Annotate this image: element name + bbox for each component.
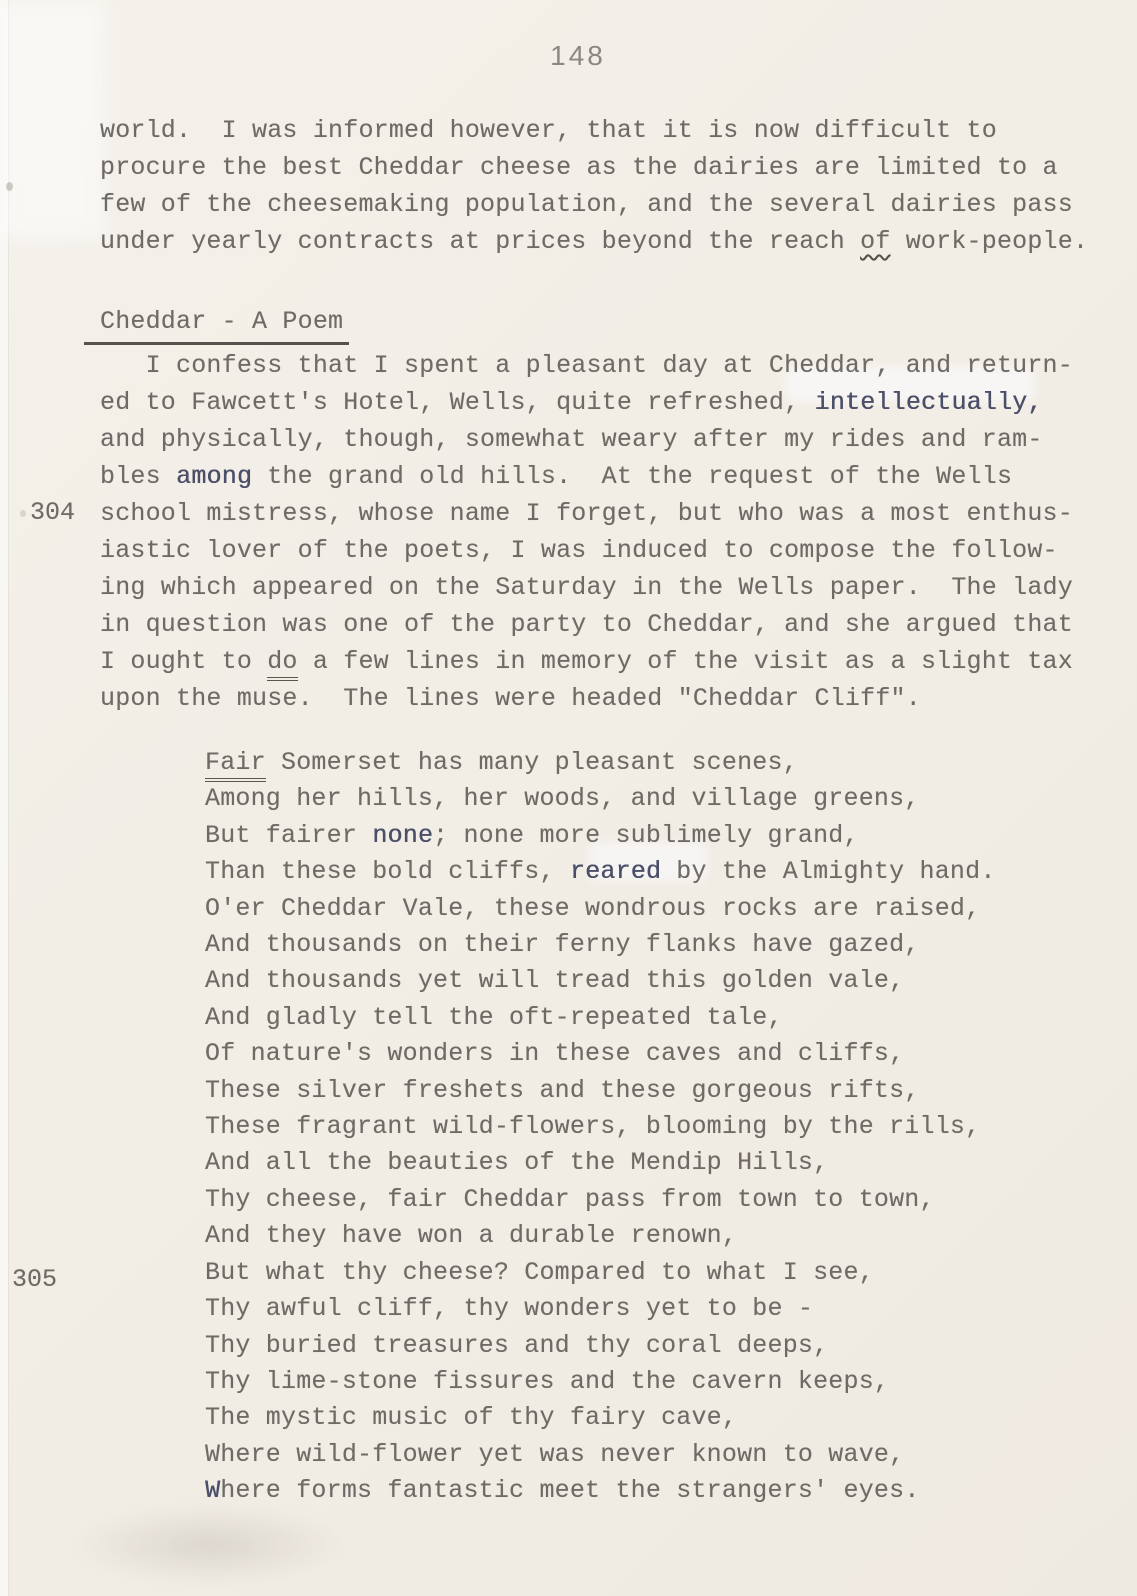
text-line: few of the cheesemaking population, and … [100, 186, 1088, 223]
text-segment: a few lines in memory of the visit as a … [298, 647, 1073, 676]
intro-paragraph: world. I was informed however, that it i… [100, 112, 1088, 260]
text-segment: bles [100, 462, 176, 491]
text-line: in question was one of the party to Ched… [100, 606, 1073, 643]
text-segment: few of the cheesemaking population, and … [100, 190, 1073, 219]
body-paragraph: I confess that I spent a pleasant day at… [100, 347, 1073, 717]
emphasized-text: do [267, 647, 297, 681]
text-line: But fairer none; none more sublimely gra… [205, 818, 996, 854]
text-line: Fair Somerset has many pleasant scenes, [205, 745, 996, 781]
text-line: school mistress, whose name I forget, bu… [100, 495, 1073, 532]
text-segment: procure the best Cheddar cheese as the d… [100, 153, 1058, 182]
text-segment: here forms fantastic meet the strangers'… [220, 1476, 919, 1505]
text-line: Thy cheese, fair Cheddar pass from town … [205, 1182, 996, 1218]
poem-block: Fair Somerset has many pleasant scenes,A… [205, 745, 996, 1510]
text-line: bles among the grand old hills. At the r… [100, 458, 1073, 495]
text-segment: The mystic music of thy fairy cave, [205, 1403, 737, 1432]
text-line: ed to Fawcett's Hotel, Wells, quite refr… [100, 384, 1073, 421]
text-segment: and physically, though, somewhat weary a… [100, 425, 1043, 454]
section-heading-wrap: Cheddar - A Poem [100, 303, 349, 345]
text-segment: upon the muse. The lines were headed "Ch… [100, 684, 921, 713]
text-segment: by the Almighty hand. [661, 857, 995, 886]
text-line: iastic lover of the poets, I was induced… [100, 532, 1073, 569]
text-line: Than these bold cliffs, reared by the Al… [205, 854, 996, 890]
text-line: I confess that I spent a pleasant day at… [100, 347, 1073, 384]
text-segment: But fairer [205, 821, 372, 850]
emphasized-text: of [860, 227, 890, 256]
text-line: and physically, though, somewhat weary a… [100, 421, 1073, 458]
text-segment: Thy buried treasures and thy coral deeps… [205, 1331, 828, 1360]
text-line: Among her hills, her woods, and village … [205, 781, 996, 817]
text-segment: Thy lime-stone fissures and the cavern k… [205, 1367, 889, 1396]
text-segment: school mistress, whose name I forget, bu… [100, 499, 1073, 528]
text-line: procure the best Cheddar cheese as the d… [100, 149, 1088, 186]
text-line: I ought to do a few lines in memory of t… [100, 643, 1073, 680]
emphasized-text: among [176, 462, 252, 491]
scanned-page: 148 world. I was informed however, that … [0, 0, 1137, 1596]
text-segment: Where wild-flower yet was never known to… [205, 1440, 904, 1469]
text-segment: Of nature's wonders in these caves and c… [205, 1039, 904, 1068]
emphasized-text: none [372, 821, 433, 850]
text-segment: ing which appeared on the Saturday in th… [100, 573, 1073, 602]
text-segment: Thy cheese, fair Cheddar pass from town … [205, 1185, 935, 1214]
text-segment: O'er Cheddar Vale, these wondrous rocks … [205, 894, 980, 923]
text-segment: And they have won a durable renown, [205, 1221, 737, 1250]
text-line: The mystic music of thy fairy cave, [205, 1400, 996, 1436]
text-line: ing which appeared on the Saturday in th… [100, 569, 1073, 606]
text-line: Where forms fantastic meet the strangers… [205, 1473, 996, 1509]
text-segment: Thy awful cliff, thy wonders yet to be - [205, 1294, 813, 1323]
text-segment: world. I was informed however, that it i… [100, 116, 997, 145]
text-segment: ; none more sublimely grand, [433, 821, 859, 850]
text-segment: work-people. [891, 227, 1089, 256]
text-line: world. I was informed however, that it i… [100, 112, 1088, 149]
page-number: 148 [518, 40, 638, 72]
ink-speck [6, 182, 13, 191]
text-line: Of nature's wonders in these caves and c… [205, 1036, 996, 1072]
text-line: And they have won a durable renown, [205, 1218, 996, 1254]
text-segment: But what thy cheese? Compared to what I … [205, 1258, 874, 1287]
text-line: And gladly tell the oft-repeated tale, [205, 1000, 996, 1036]
scan-edge-strip [0, 0, 9, 1596]
text-segment: Than these bold cliffs, [205, 857, 570, 886]
emphasized-text: reared [570, 857, 661, 886]
scan-smudge [70, 1505, 350, 1585]
text-segment: I confess that I spent a pleasant day at… [100, 351, 1073, 380]
text-segment: ed to Fawcett's Hotel, Wells, quite refr… [100, 388, 815, 417]
text-segment: Somerset has many pleasant scenes, [266, 748, 798, 777]
text-segment: Among her hills, her woods, and village … [205, 784, 920, 813]
text-segment: These silver freshets and these gorgeous… [205, 1076, 920, 1105]
text-segment: And thousands yet will tread this golden… [205, 966, 904, 995]
text-line: And thousands yet will tread this golden… [205, 963, 996, 999]
text-line: And thousands on their ferny flanks have… [205, 927, 996, 963]
text-segment: And thousands on their ferny flanks have… [205, 930, 920, 959]
text-segment: the grand old hills. At the request of t… [252, 462, 1012, 491]
text-line: O'er Cheddar Vale, these wondrous rocks … [205, 891, 996, 927]
text-line: upon the muse. The lines were headed "Ch… [100, 680, 1073, 717]
text-line: But what thy cheese? Compared to what I … [205, 1255, 996, 1291]
text-segment: iastic lover of the poets, I was induced… [100, 536, 1058, 565]
text-line: under yearly contracts at prices beyond … [100, 223, 1088, 260]
text-line: These fragrant wild-flowers, blooming by… [205, 1109, 996, 1145]
emphasized-text: intellectually, [815, 388, 1043, 417]
text-segment: And gladly tell the oft-repeated tale, [205, 1003, 783, 1032]
text-segment: These fragrant wild-flowers, blooming by… [205, 1112, 980, 1141]
text-line: Thy awful cliff, thy wonders yet to be - [205, 1291, 996, 1327]
section-heading: Cheddar - A Poem [84, 303, 349, 345]
text-line: Thy buried treasures and thy coral deeps… [205, 1328, 996, 1364]
emphasized-text: Fair [205, 748, 266, 782]
text-line: Where wild-flower yet was never known to… [205, 1437, 996, 1473]
text-segment: And all the beauties of the Mendip Hills… [205, 1148, 828, 1177]
text-line: Thy lime-stone fissures and the cavern k… [205, 1364, 996, 1400]
margin-note: 305 [12, 1261, 57, 1298]
margin-note: 304 [30, 494, 75, 531]
text-line: And all the beauties of the Mendip Hills… [205, 1145, 996, 1181]
text-segment: I ought to [100, 647, 267, 676]
text-line: These silver freshets and these gorgeous… [205, 1073, 996, 1109]
text-segment: under yearly contracts at prices beyond … [100, 227, 860, 256]
text-segment: in question was one of the party to Ched… [100, 610, 1073, 639]
emphasized-text: W [205, 1476, 220, 1505]
ink-speck [20, 510, 26, 517]
scan-light-patch [0, 0, 105, 240]
